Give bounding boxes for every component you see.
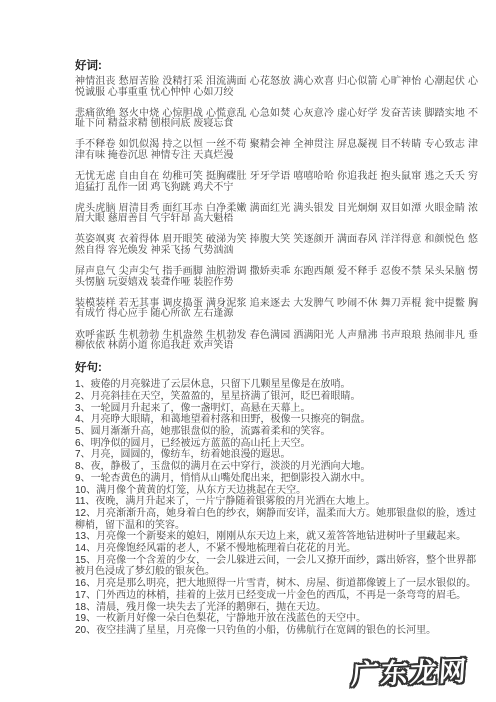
watermark-logo: 广东龙网 (350, 649, 469, 692)
sentence-item: 12、月亮渐渐升高，她身着白色的纱衣，娴静而安详，温柔而大方。她那银盘似的脸，透… (75, 508, 478, 531)
sentence-number: 5、 (75, 426, 91, 437)
sentence-number: 4、 (75, 414, 91, 425)
word-paragraph: 悲痛欲绝 怒火中烧 心惊胆战 心慌意乱 心急如焚 心灰意冷 虚心好学 发奋苦读 … (75, 109, 478, 130)
sentence-number: 18、 (75, 602, 96, 613)
document-page: 好词: 神情沮丧 愁眉苦脸 没精打采 泪流满面 心花怒放 满心欢喜 归心似箭 心… (0, 0, 496, 702)
sentence-item: 11、夜晚，满月升起来了，一片宁静随着银雾般的月光洒在大地上。 (75, 496, 478, 508)
sentence-item: 13、月亮像一个新娶来的媳妇，刚刚从东天边上来，就又羞答答地钻进树叶子里藏起来。 (75, 531, 478, 543)
sentence-text: 月亮睁大眼睛，和蔼地望着村落和田野，极像一只擦亮的铜盘。 (91, 414, 371, 425)
sentence-number: 10、 (75, 485, 96, 496)
sentence-number: 13、 (75, 531, 96, 542)
sentence-text: 一轮杏黄色的满月，悄悄从山嘴处爬出来，把倒影投入湖水中。 (91, 473, 371, 484)
sentence-text: 月亮像一个新娶来的媳妇，刚刚从东天边上来，就又羞答答地钻进树叶子里藏起来。 (96, 531, 466, 542)
sentence-item: 6、明净似的圆月，已经被远方蓝蓝的高山托上天空。 (75, 438, 478, 450)
sentence-number: 19、 (75, 613, 96, 624)
sentence-number: 16、 (75, 578, 96, 589)
sentence-item: 7、月亮，圆圆的，像纺车，纺着她浪漫的遐思。 (75, 449, 478, 461)
sentence-item: 8、夜，静极了，玉盘似的满月在云中穿行，淡淡的月光洒向大地。 (75, 461, 478, 473)
sentence-text: 月亮是那么明亮，把大地照得一片雪青，树木、房屋、街道都像镀上了一层水银似的。 (96, 578, 476, 589)
sentence-text: 门外西边的林梢，挂着的上弦月已经变成一片金色的西瓜，不再是一条弯弯的眉毛。 (96, 590, 466, 601)
sentence-list: 1、疲倦的月亮躲进了云层休息，只留下几颗星星像是在放哨。2、月亮斜挂在天空，笑盈… (75, 379, 478, 636)
words-section-title: 好词: (75, 60, 478, 73)
sentence-number: 14、 (75, 543, 96, 554)
sentence-text: 月亮像一个含羞的少女，一会儿躲进云间，一会儿又撩开面纱，露出娇容，整个世界都被月… (75, 555, 476, 578)
sentence-item: 17、门外西边的林梢，挂着的上弦月已经变成一片金色的西瓜，不再是一条弯弯的眉毛。 (75, 590, 478, 602)
sentences-section-title: 好句: (75, 362, 478, 375)
sentence-number: 15、 (75, 555, 96, 566)
sentence-text: 月亮，圆圆的，像纺车，纺着她浪漫的遐思。 (91, 449, 291, 460)
sentence-text: 满月像个黄黄的灯笼，从东方天边挑起在天空。 (96, 485, 306, 496)
sentence-number: 11、 (75, 496, 95, 507)
word-paragraph: 屏声息气 尖声尖气 指手画脚 油腔滑调 撒娇卖乖 东跑西颠 爱不释手 忍俊不禁 … (75, 267, 478, 288)
sentences-section: 好句: 1、疲倦的月亮躲进了云层休息，只留下几颗星星像是在放哨。2、月亮斜挂在天… (75, 362, 478, 636)
sentence-item: 20、夜空挂满了星星，月亮像一只钓鱼的小船，仿佛航行在宽阔的银色的长河里。 (75, 625, 478, 637)
sentence-item: 10、满月像个黄黄的灯笼，从东方天边挑起在天空。 (75, 485, 478, 497)
sentence-item: 16、月亮是那么明亮，把大地照得一片雪青，树木、房屋、街道都像镀上了一层水银似的… (75, 578, 478, 590)
sentence-text: 月亮像饱经风霜的老人，不紧不慢地梳理着白花花的月光。 (96, 543, 356, 554)
sentence-item: 4、月亮睁大眼睛，和蔼地望着村落和田野，极像一只擦亮的铜盘。 (75, 414, 478, 426)
word-paragraph: 装模装样 若无其事 调皮捣蛋 满身泥浆 追来逐去 大发脾气 吵闹不休 舞刀弄棍 … (75, 299, 478, 320)
words-section: 好词: 神情沮丧 愁眉苦脸 没精打采 泪流满面 心花怒放 满心欢喜 归心似箭 心… (75, 60, 478, 352)
sentence-text: 一轮圆月升起来了，像一盏明灯，高悬在天幕上。 (91, 403, 311, 414)
sentence-text: 圆月渐渐升高，她那银盘似的脸，流露着柔和的笑容。 (91, 426, 331, 437)
sentence-text: 夜空挂满了星星，月亮像一只钓鱼的小船，仿佛航行在宽阔的银色的长河里。 (96, 625, 436, 636)
sentence-text: 疲倦的月亮躲进了云层休息，只留下几颗星星像是在放哨。 (91, 379, 351, 390)
sentence-number: 8、 (75, 461, 91, 472)
word-paragraph: 英姿飒爽 衣着得体 眉开眼笑 破涕为笑 捧腹大笑 笑逐颜开 满面春风 洋洋得意 … (75, 235, 478, 256)
sentence-item: 19、一枚新月好像一朵白色梨花，宁静地开放在浅蓝色的天空中。 (75, 613, 478, 625)
sentence-number: 20、 (75, 625, 96, 636)
sentence-number: 3、 (75, 403, 91, 414)
word-paragraph: 神情沮丧 愁眉苦脸 没精打采 泪流满面 心花怒放 满心欢喜 归心似箭 心旷神怡 … (75, 77, 478, 98)
sentence-item: 1、疲倦的月亮躲进了云层休息，只留下几颗星星像是在放哨。 (75, 379, 478, 391)
sentence-item: 5、圆月渐渐升高，她那银盘似的脸，流露着柔和的笑容。 (75, 426, 478, 438)
word-paragraph: 虎头虎脑 眉清目秀 面红耳赤 白净柔嫩 满面红光 满头银发 目光炯炯 双目如潭 … (75, 204, 478, 225)
word-paragraph: 无忧无虑 自由自在 幼稚可笑 挺胸碟肚 牙牙学语 嘻嘻哈哈 你追我赶 抱头鼠窜 … (75, 172, 478, 193)
sentence-item: 15、月亮像一个含羞的少女，一会儿躲进云间，一会儿又撩开面纱，露出娇容，整个世界… (75, 555, 478, 578)
sentence-item: 14、月亮像饱经风霜的老人，不紧不慢地梳理着白花花的月光。 (75, 543, 478, 555)
sentence-text: 夜，静极了，玉盘似的满月在云中穿行，淡淡的月光洒向大地。 (91, 461, 371, 472)
sentence-text: 一枚新月好像一朵白色梨花，宁静地开放在浅蓝色的天空中。 (96, 613, 366, 624)
sentence-number: 6、 (75, 438, 91, 449)
sentence-item: 18、清晨，残月像一块失去了光泽的鹅卵石，抛在天边。 (75, 602, 478, 614)
sentence-text: 明净似的圆月，已经被远方蓝蓝的高山托上天空。 (91, 438, 311, 449)
word-paragraph: 欢呼雀跃 生机勃勃 生机盎然 生机勃发 春色满园 洒满阳光 人声鼎沸 书声琅琅 … (75, 331, 478, 352)
sentence-text: 夜晚，满月升起来了，一片宁静随着银雾般的月光洒在大地上。 (95, 496, 375, 507)
word-paragraph-list: 神情沮丧 愁眉苦脸 没精打采 泪流满面 心花怒放 满心欢喜 归心似箭 心旷神怡 … (75, 77, 478, 352)
sentence-number: 12、 (75, 508, 96, 519)
sentence-item: 2、月亮斜挂在天空，笑盈盈的，星星挤满了银河，眨巴着眼睛。 (75, 391, 478, 403)
sentence-number: 1、 (75, 379, 91, 390)
sentence-number: 17、 (75, 590, 96, 601)
sentence-number: 2、 (75, 391, 91, 402)
sentence-text: 清晨，残月像一块失去了光泽的鹅卵石，抛在天边。 (96, 602, 326, 613)
sentence-text: 月亮渐渐升高，她身着白色的纱衣，娴静而安详，温柔而大方。她那银盘似的脸，透过柳梢… (75, 508, 476, 531)
sentence-number: 7、 (75, 449, 91, 460)
word-paragraph: 手不释卷 如饥似渴 持之以恒 一丝不苟 聚精会神 全神贯注 屏息凝视 目不转睛 … (75, 140, 478, 161)
sentence-item: 9、一轮杏黄色的满月，悄悄从山嘴处爬出来，把倒影投入湖水中。 (75, 473, 478, 485)
sentence-item: 3、一轮圆月升起来了，像一盏明灯，高悬在天幕上。 (75, 403, 478, 415)
sentence-number: 9、 (75, 473, 91, 484)
sentence-text: 月亮斜挂在天空，笑盈盈的，星星挤满了银河，眨巴着眼睛。 (91, 391, 361, 402)
